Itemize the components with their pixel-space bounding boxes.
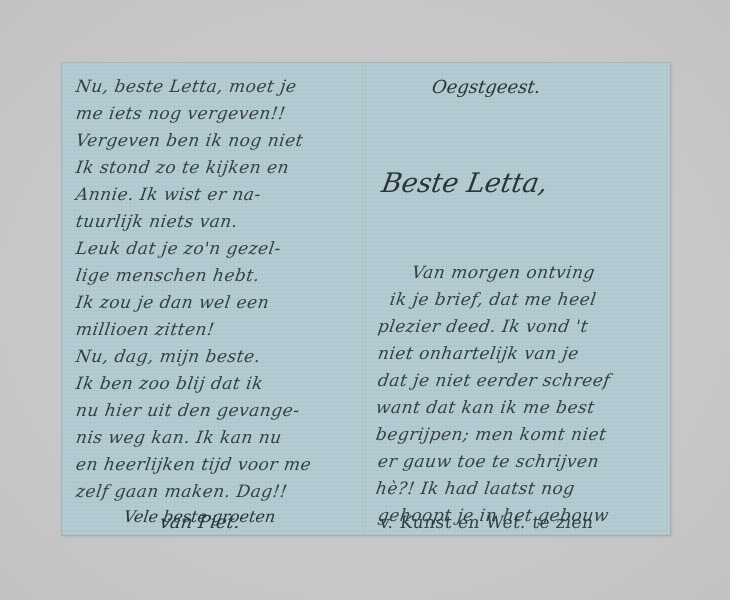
text-line: me iets nog vergeven!! [75,104,287,124]
text-line: tuurlijk niets van. [75,212,240,232]
text-line: lige menschen hebt. [75,266,261,286]
text-line: want dat kan ik me best [375,398,596,418]
text-line: Nu, beste Letta, moet je [75,77,298,97]
text-line: nis weg kan. Ik kan nu [75,428,284,448]
text-line: Ik zou je dan wel een [75,293,271,313]
text-line: Van morgen ontving [411,263,597,283]
text-line: niet onhartelijk van je [377,344,581,364]
salutation: Beste Letta, [379,168,550,199]
right-page: Oegstgeest. Beste Letta, Van morgen ontv… [372,63,664,535]
text-line: hè?! Ik had laatst nog [375,479,577,499]
text-line: Nu, dag, mijn beste. [75,347,262,367]
text-line: er gauw toe te schrijven [377,452,601,472]
text-line: Vergeven ben ik nog niet [75,131,305,151]
text-line: begrijpen; men komt niet [375,425,608,445]
text-line: zelf gaan maken. Dag!! [75,482,289,502]
text-line: dat je niet eerder schreef [377,371,612,391]
text-line: v. Kunst en Wet. te zien [379,513,595,533]
signature: van Piet. [159,512,242,533]
place-heading: Oegstgeest. [431,77,542,98]
text-line: Leuk dat je zo'n gezel- [75,239,283,259]
text-line: nu hier uit den gevange- [75,401,301,421]
text-line: Annie. Ik wist er na- [75,185,263,205]
left-page: Nu, beste Letta, moet je me iets nog ver… [68,63,360,535]
center-fold [365,63,367,535]
text-line: plezier deed. Ik vond 't [377,317,590,337]
text-line: ik je brief, dat me heel [389,290,598,310]
text-line: Ik ben zoo blij dat ik [75,374,265,394]
text-line: millioen zitten! [75,320,216,340]
letter-sheet: Nu, beste Letta, moet je me iets nog ver… [62,63,670,535]
text-line: Ik stond zo te kijken en [75,158,291,178]
text-line: en heerlijken tijd voor me [75,455,313,475]
